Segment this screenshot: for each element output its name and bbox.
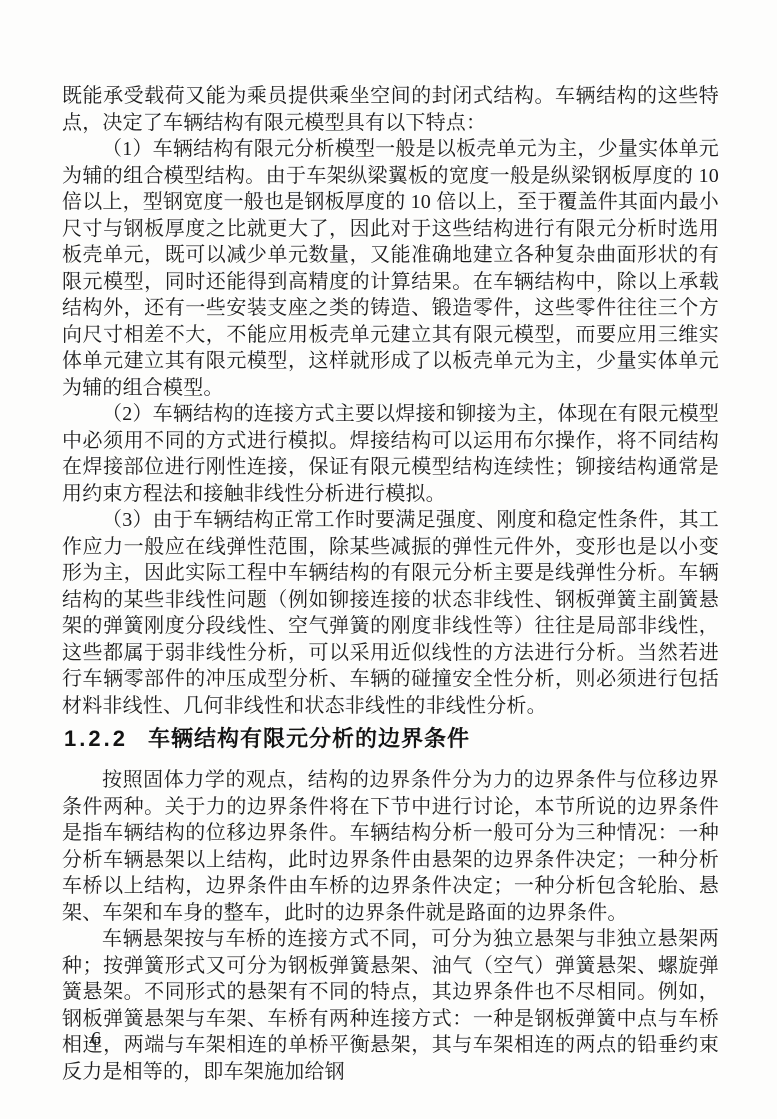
section-number: 1.2.2: [64, 726, 128, 752]
section-heading: 1.2.2 车辆结构有限元分析的边界条件: [64, 726, 719, 752]
book-page: 既能承受载荷又能为乘员提供乘坐空间的封闭式结构。车辆结构的这些特点，决定了车辆结…: [0, 0, 777, 1119]
section-title: 车辆结构有限元分析的边界条件: [148, 726, 470, 752]
feature-list-item-3: （3）由于车辆结构正常工作时要满足强度、刚度和稳定性条件，其工作应力一般应在线弹…: [62, 507, 719, 719]
feature-list-item-2: （2）车辆结构的连接方式主要以焊接和铆接为主，体现在有限元模型中必须用不同的方式…: [62, 401, 719, 507]
paragraph-boundary-conditions-1: 按照固体力学的观点，结构的边界条件分为力的边界条件与位移边界条件两种。关于力的边…: [62, 767, 719, 926]
page-content: 既能承受载荷又能为乘员提供乘坐空间的封闭式结构。车辆结构的这些特点，决定了车辆结…: [62, 83, 719, 1085]
paragraph-boundary-conditions-2: 车辆悬架按与车桥的连接方式不同，可分为独立悬架与非独立悬架两种；按弹簧形式又可分…: [62, 926, 719, 1085]
paragraph-continuation: 既能承受载荷又能为乘员提供乘坐空间的封闭式结构。车辆结构的这些特点，决定了车辆结…: [62, 83, 719, 136]
page-number: 6: [91, 1027, 101, 1051]
feature-list-item-1: （1）车辆结构有限元分析模型一般是以板壳单元为主，少量实体单元为辅的组合模型结构…: [62, 136, 719, 401]
